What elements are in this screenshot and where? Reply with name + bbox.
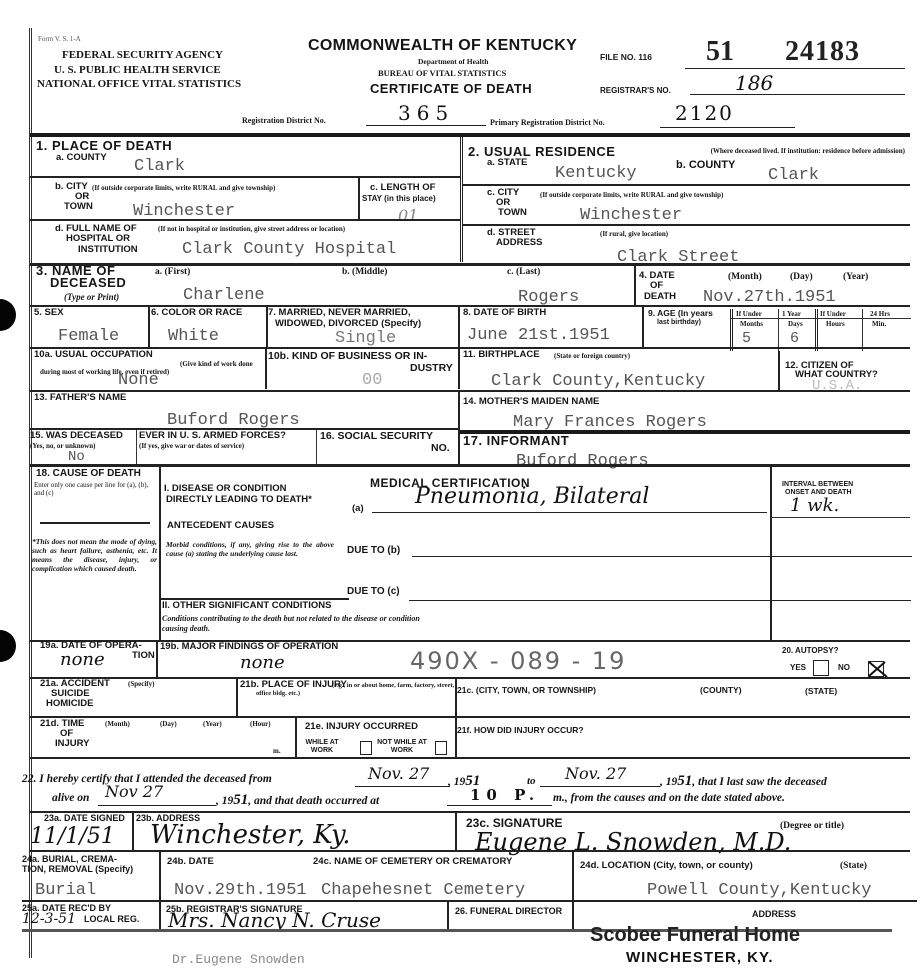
rule (30, 716, 910, 718)
autopsy-yes-checkbox[interactable] (813, 660, 829, 676)
divider (447, 900, 449, 929)
city-town-label: TOWN (64, 202, 93, 212)
injury-day-label: (Day) (160, 720, 177, 728)
registrar-no-underline (690, 94, 905, 95)
received-value: 12-3-51 (22, 910, 76, 928)
attended-to-value: Nov. 27 (565, 765, 626, 783)
date-of-death-value: Nov.27th.1951 (703, 289, 836, 306)
to-year-value: 51 (677, 773, 692, 789)
informant-label: 17. INFORMANT (463, 434, 569, 447)
death-time-value: 10 P. (470, 786, 540, 804)
time-underline (447, 805, 552, 806)
residence-county-label: b. COUNTY (676, 160, 735, 170)
under-24-label-2: 24 Hrs (870, 310, 890, 318)
burial-date-value: Nov.29th.1951 (174, 882, 307, 899)
location-value: Powell County,Kentucky (647, 882, 871, 899)
hospital-note: (If not in hospital or institution, give… (158, 225, 448, 233)
not-while-work-checkbox[interactable] (435, 741, 447, 755)
morbid-note: Morbid conditions, if any, giving rise t… (166, 540, 334, 558)
alive-year: , 1951, and that death occurred at (216, 792, 379, 809)
autopsy-no-label: NO (838, 664, 850, 672)
reg-district-underline (366, 125, 486, 126)
rule (30, 850, 910, 852)
marital-value: Single (335, 330, 396, 347)
divider (159, 850, 161, 929)
rule (731, 318, 911, 319)
location-state-label: (State) (840, 861, 867, 871)
dob-label: 8. DATE OF BIRTH (463, 308, 546, 318)
to-underline (540, 786, 660, 787)
ssn-label: 16. SOCIAL SECURITY (320, 431, 433, 441)
residence-state-label: a. STATE (487, 158, 527, 168)
autopsy-label: 20. AUTOPSY? (782, 647, 838, 655)
primary-district-underline (660, 127, 795, 128)
residence-city-town: TOWN (498, 208, 527, 218)
armed-note: (Yes, no, or unknown) (30, 442, 95, 450)
rule (30, 757, 910, 759)
divider (265, 347, 267, 389)
how-injury-label: 21f. HOW DID INJURY OCCUR? (457, 725, 584, 735)
divider (156, 640, 158, 677)
certificate-title: CERTIFICATE OF DEATH (370, 84, 532, 94)
from-underline (355, 786, 450, 787)
rule (770, 517, 910, 518)
cert-text-4: m., from the causes and on the date stat… (553, 792, 785, 804)
line-a-label: (a) (352, 504, 364, 514)
line-a-underline (372, 512, 767, 513)
divider (148, 305, 150, 347)
stay-label-2: STAY (in this place) (362, 195, 436, 203)
agency-line-3: NATIONAL OFFICE VITAL STATISTICS (37, 79, 241, 89)
divider (455, 811, 457, 850)
dod-day-label: (Day) (790, 272, 813, 282)
cert-text-3: , and that death occurred at (248, 795, 379, 807)
file-no-underline (685, 68, 905, 69)
death-city-value: Winchester (133, 203, 235, 220)
divider (778, 309, 779, 351)
burial-date-label: 24b. DATE (167, 857, 214, 867)
city-note: (If outside corporate limits, write RURA… (92, 184, 360, 192)
divider (295, 716, 297, 757)
date-signed-value: 11/1/51 (30, 826, 115, 848)
form-border-left (29, 28, 32, 958)
divider (730, 309, 733, 351)
hospital-value: Clark County Hospital (182, 241, 396, 258)
injury-state-label: (STATE) (805, 686, 837, 696)
registrar-no-value: 186 (735, 74, 773, 92)
injury-hour-label: (Hour) (250, 720, 271, 728)
while-at-work-label: WHILE AT WORK (300, 739, 344, 755)
birthplace-label: 11. BIRTHPLACE (463, 350, 540, 360)
days-label: Days (788, 320, 803, 328)
primary-district-value: 2120 (675, 104, 734, 122)
funeral-address-label: ADDRESS (752, 909, 796, 919)
rule (30, 677, 910, 679)
form-number: Form V. S. 1-A (38, 35, 81, 43)
first-name-label: a. (First) (155, 267, 190, 277)
punch-hole (0, 299, 16, 331)
disease-label: I. DISEASE OR CONDITION (164, 484, 286, 494)
agency-line-2: U. S. PUBLIC HEALTH SERVICE (54, 65, 221, 75)
other-conditions-note: Conditions contributing to the death but… (162, 614, 442, 634)
alive-year-value: 51 (233, 792, 248, 808)
code-stamp: 490X - 089 - 19 (410, 649, 626, 673)
divider (136, 430, 137, 464)
marital-label-2: WIDOWED, DIVORCED (Specify) (275, 319, 421, 329)
age-label: 9. AGE (In years (648, 308, 713, 318)
to-year-prefix: , 19 (660, 776, 677, 788)
divider (159, 464, 161, 641)
divider (815, 309, 818, 351)
findings-value: none (240, 654, 285, 672)
divider (458, 347, 460, 389)
occupation-value: None (118, 372, 159, 389)
operation-date-label-2: TION (132, 651, 155, 661)
age-months-value: 5 (742, 330, 751, 347)
autopsy-yes-label: YES (790, 664, 806, 672)
divider (236, 677, 238, 716)
dod-label-3: DEATH (644, 292, 676, 302)
type-print-note: (Type or Print) (64, 292, 119, 302)
interval-a-value: 1 wk. (790, 497, 839, 515)
street-note: (If rural, give location) (600, 230, 668, 238)
injury-m-label: m. (273, 747, 281, 755)
rule (40, 522, 150, 524)
place-of-injury-note: (e.g., in or about home, farm, factory, … (256, 682, 456, 698)
divider (458, 430, 460, 464)
rule (30, 464, 910, 467)
middle-name-label: b. (Middle) (342, 267, 387, 277)
agency-line-1: FEDERAL SECURITY AGENCY (62, 50, 223, 60)
residence-note: (Where deceased lived. If institution: r… (655, 147, 905, 155)
last-name-label: c. (Last) (507, 267, 540, 277)
physician-typed-name: Dr.Eugene Snowden (172, 951, 305, 968)
cause-note: Enter only one cause per line for (a), (… (34, 481, 160, 497)
divider (778, 351, 780, 391)
birthplace-value: Clark County,Kentucky (491, 373, 705, 390)
file-no-year: 51 (706, 38, 734, 66)
time-injury-label-3: INJURY (55, 739, 90, 749)
alive-on-value: Nov 27 (105, 783, 163, 801)
name-heading-2: DECEASED (50, 276, 126, 289)
residence-city-value: Winchester (580, 207, 682, 224)
age-label-2: last birthday) (657, 319, 701, 327)
cemetery-label: 24c. NAME OF CEMETERY OR CREMATORY (313, 857, 512, 867)
residence-state-value: Kentucky (555, 165, 637, 182)
rule (462, 224, 910, 226)
due-c-underline (409, 600, 911, 601)
autopsy-no-checkbox[interactable] (868, 661, 884, 677)
dod-month-label: (Month) (728, 272, 762, 282)
mother-value: Mary Frances Rogers (513, 414, 707, 431)
place-of-death-heading: 1. PLACE OF DEATH (36, 139, 172, 152)
residence-county-value: Clark (768, 167, 819, 184)
divider (572, 850, 574, 929)
reg-district-label: Registration District No. (242, 116, 326, 126)
due-b-underline (412, 556, 912, 557)
min-label: Min. (872, 320, 886, 328)
registrar-signature: Mrs. Nancy N. Cruse (168, 911, 381, 929)
occupation-label: 10a. USUAL OCCUPATION (34, 350, 153, 360)
disease-label-2: DIRECTLY LEADING TO DEATH* (166, 495, 312, 505)
registrar-no-label: REGISTRAR'S NO. (600, 86, 671, 96)
death-county-value: Clark (134, 158, 185, 175)
form-top-rule (30, 133, 910, 137)
department-label: Department of Health (418, 57, 488, 67)
alive-underline (98, 805, 216, 806)
hospital-label-2: HOSPITAL OR (66, 234, 130, 244)
mother-label: 14. MOTHER'S MAIDEN NAME (463, 397, 599, 407)
due-c-label: DUE TO (c) (347, 587, 400, 597)
alive-on-label: alive on (52, 792, 89, 804)
to-year: , 1951, that I last saw the deceased (660, 773, 827, 790)
address-value: Winchester, Ky. (150, 822, 351, 848)
cause-footnote: *This does not mean the mode of dying, s… (32, 537, 157, 573)
armed-label: 15. WAS DECEASED (30, 431, 123, 441)
dob-value: June 21st.1951 (467, 327, 610, 344)
cert-text-2: , that I last saw the deceased (692, 776, 827, 788)
cemetery-value: Chapehesnet Cemetery (321, 882, 525, 899)
date-signed-label: 23a. DATE SIGNED (44, 813, 125, 823)
divider (132, 811, 134, 850)
rule (22, 900, 917, 902)
dod-label-2: OF (650, 281, 663, 291)
armed-label-b: EVER IN U. S. ARMED FORCES? (139, 431, 286, 441)
cause-label: 18. CAUSE OF DEATH (36, 469, 141, 479)
rule (462, 184, 910, 186)
hours-label: Hours (826, 320, 845, 328)
findings-label: 19b. MAJOR FINDINGS OF OPERATION (160, 642, 338, 652)
sex-label: 5. SEX (34, 308, 64, 318)
injury-county-label: (COUNTY) (700, 685, 742, 695)
received-label-2: LOCAL REG. (84, 914, 139, 924)
funeral-director-label: 26. FUNERAL DIRECTOR (455, 906, 562, 916)
primary-district-label: Primary Registration District No. (490, 118, 605, 128)
first-name-value: Charlene (183, 287, 265, 304)
disposition-value: Burial (35, 882, 96, 899)
punch-hole (0, 630, 16, 662)
divider (460, 137, 463, 262)
divider (642, 305, 644, 347)
file-no-label: FILE NO. 116 (600, 52, 652, 62)
not-while-work-label: NOT WHILE AT WORK (372, 739, 432, 755)
page-title: COMMONWEALTH OF KENTUCKY (308, 38, 577, 54)
interval-label: INTERVAL BETWEEN (782, 481, 853, 489)
x-mark-icon (867, 660, 889, 678)
ssn-label-2: NO. (431, 443, 450, 453)
months-label: Months (740, 320, 763, 328)
while-at-work-checkbox[interactable] (360, 741, 372, 755)
file-no-value: 24183 (785, 38, 860, 66)
hospital-label-3: INSTITUTION (78, 245, 138, 255)
funeral-city-stamp: WINCHESTER, KY. (626, 950, 774, 965)
divider (770, 464, 772, 640)
street-label-2: ADDRESS (496, 238, 542, 248)
divider (458, 305, 460, 347)
divider (316, 430, 317, 464)
rule (30, 176, 460, 178)
informant-value: Buford Rogers (516, 453, 649, 470)
disposition-label-2: TION, REMOVAL (Specify) (22, 864, 133, 874)
business-label-2: DUSTRY (410, 363, 453, 373)
attended-from-value: Nov. 27 (368, 765, 429, 783)
divider (862, 309, 863, 351)
divider (634, 265, 636, 305)
race-value: White (168, 328, 219, 345)
accident-specify: (Specify) (128, 680, 154, 688)
citizen-value: U.S.A. (812, 378, 862, 395)
armed-note-b: (If yes, give war or dates of service) (139, 442, 244, 450)
location-label: 24d. LOCATION (City, town, or county) (580, 861, 753, 871)
divider (458, 390, 460, 430)
injury-city-label: 21c. (CITY, TOWN, OR TOWNSHIP) (457, 685, 596, 695)
under-24-label: If Under (820, 310, 846, 318)
from-year-prefix: , 19 (448, 776, 465, 788)
reg-district-value: 365 (398, 104, 454, 122)
rule (30, 263, 910, 266)
under-1-label: If Under (736, 310, 762, 318)
father-label: 13. FATHER'S NAME (34, 393, 126, 403)
race-label: 6. COLOR OR RACE (151, 308, 242, 318)
operation-date-value: none (60, 651, 105, 669)
disposition-label: 24a. BURIAL, CREMA- (22, 854, 117, 864)
father-value: Buford Rogers (167, 412, 300, 429)
marital-label: 7. MARRIED, NEVER MARRIED, (268, 308, 411, 318)
birthplace-note: (State or foreign country) (554, 352, 630, 360)
sex-value: Female (58, 328, 119, 345)
rule (30, 390, 910, 392)
last-name-value: Rogers (518, 289, 579, 306)
due-b-label: DUE TO (b) (347, 546, 400, 556)
under-1-label-2: 1 Year (782, 310, 801, 318)
business-value: 00 (362, 372, 382, 389)
rule (30, 219, 460, 221)
alive-year-prefix: , 19 (216, 795, 233, 807)
funeral-home-stamp: Scobee Funeral Home (590, 925, 800, 945)
injury-year-label: (Year) (203, 720, 222, 728)
antecedent-label: ANTECEDENT CAUSES (167, 521, 274, 531)
injury-occurred-label: 21e. INJURY OCCURRED (305, 722, 418, 732)
other-conditions-label: II. OTHER SIGNIFICANT CONDITIONS (162, 601, 331, 611)
dod-year-label: (Year) (843, 272, 868, 282)
age-days-value: 6 (790, 330, 799, 347)
bureau-label: BUREAU OF VITAL STATISTICS (378, 68, 506, 78)
cause-a-value: Pneumonia, Bilateral (415, 488, 649, 506)
stay-label: c. LENGTH OF (370, 183, 435, 193)
county-label: a. COUNTY (56, 153, 107, 163)
business-label: 10b. KIND OF BUSINESS OR IN- (268, 351, 427, 361)
injury-month-label: (Month) (105, 720, 130, 728)
homicide-label: HOMICIDE (46, 699, 94, 709)
stay-value: 01 (398, 207, 418, 225)
residence-city-note: (If outside corporate limits, write RURA… (540, 191, 723, 199)
divider (358, 177, 360, 219)
